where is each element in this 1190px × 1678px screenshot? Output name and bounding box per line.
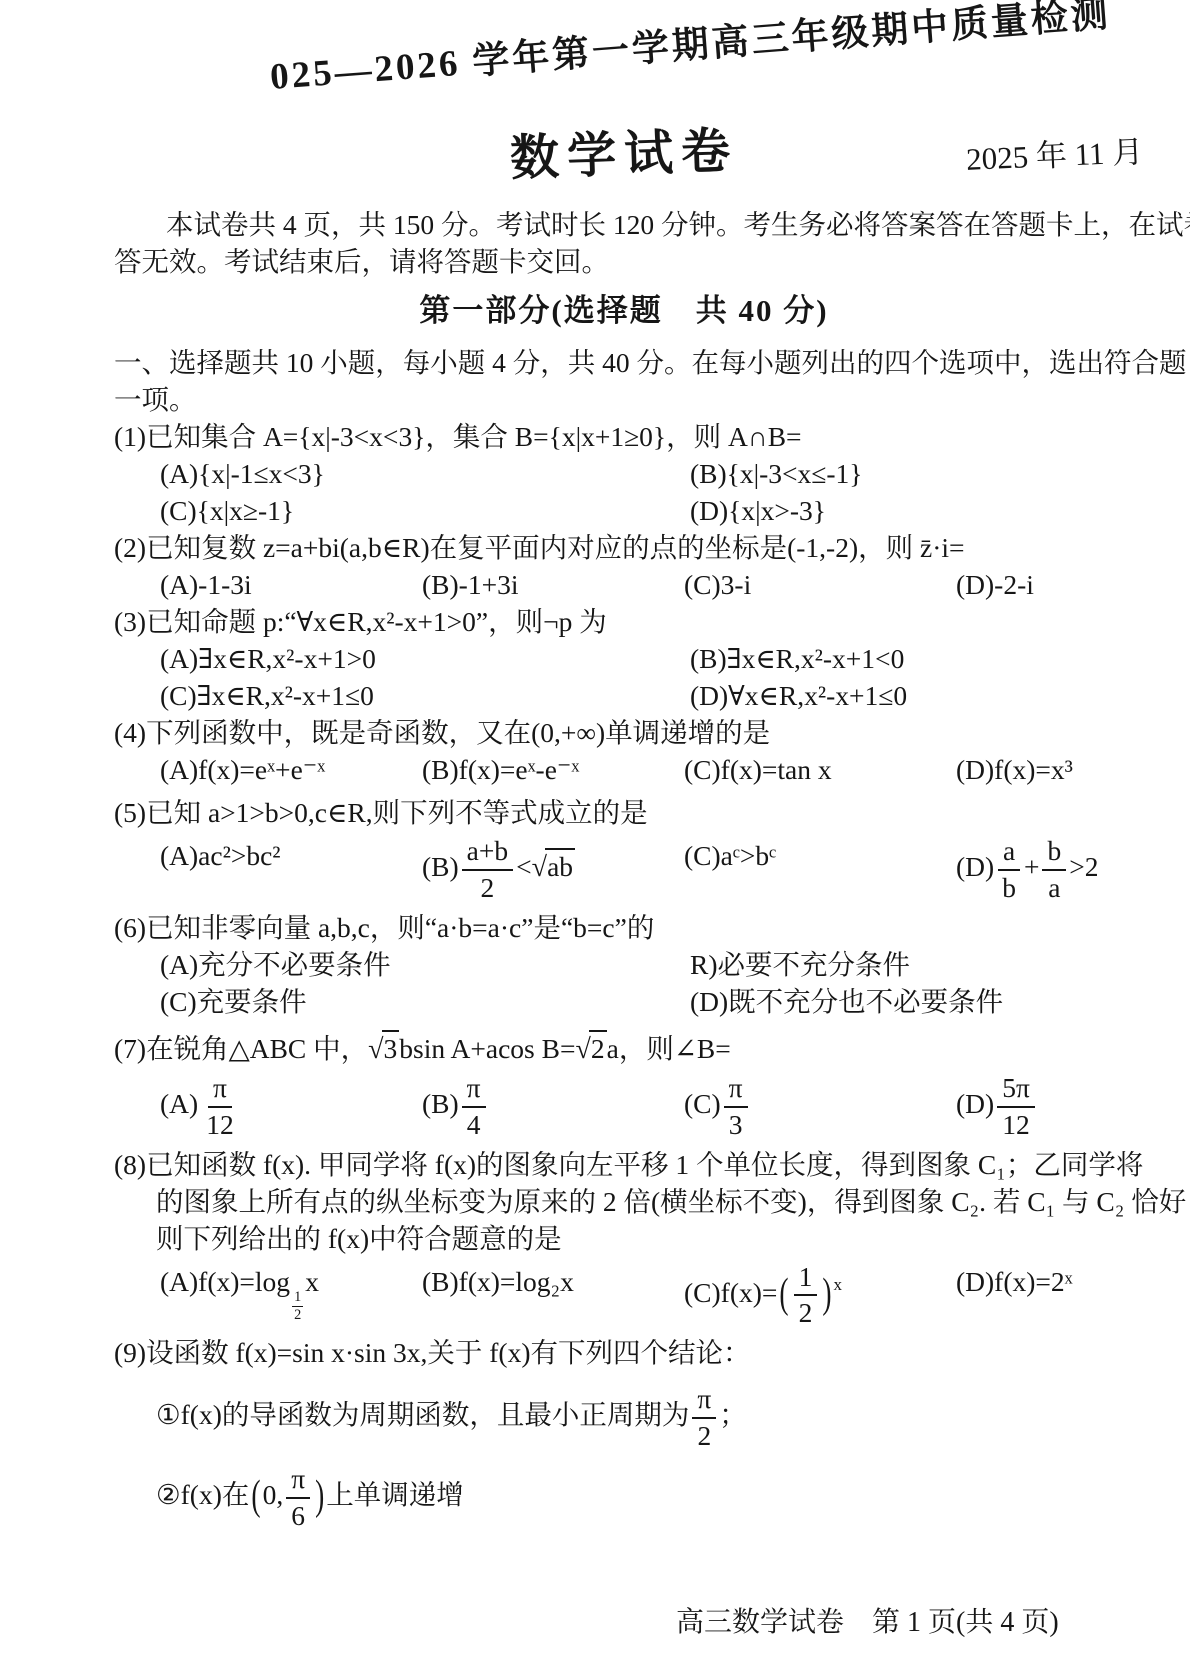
q8-option-d: (D)f(x)=2ˣ bbox=[956, 1263, 1174, 1329]
notice-line-2: 答无效。考试结束后，请将答题卡交回。 bbox=[114, 243, 1174, 280]
exam-date: 2025 年 11 月 bbox=[965, 126, 1144, 179]
q5-option-b-relation: < bbox=[516, 851, 532, 882]
q1-options-row-1: (A){x|-1≤x<3} (B){x|-3<x≤-1} bbox=[114, 455, 1174, 492]
fraction-numerator: 5π bbox=[997, 1074, 1035, 1108]
q3-option-a: (A)∃x∈R,x²-x+1>0 bbox=[160, 640, 690, 677]
q4-option-a: (A)f(x)=eˣ+e⁻ˣ bbox=[160, 751, 422, 788]
q9-conclusion-2-pre: ②f(x)在 bbox=[156, 1479, 249, 1510]
q1-stem: (1)已知集合 A={x|-3<x<3}，集合 B={x|x+1≥0}，则 A∩… bbox=[114, 418, 1174, 455]
q8-stem-line-3: 则下列给出的 f(x)中符合题意的是 bbox=[114, 1220, 1174, 1257]
q2-option-c: (C)3-i bbox=[684, 566, 956, 603]
q2-option-d: (D)-2-i bbox=[956, 566, 1174, 603]
q7-options-row: (A)π12 (B)π4 (C)π3 (D)5π12 bbox=[114, 1074, 1174, 1140]
q7-option-d: (D)5π12 bbox=[956, 1074, 1174, 1140]
q5-stem: (5)已知 a>1>b>0,c∈R,则下列不等式成立的是 bbox=[114, 794, 1174, 831]
q6-option-a: (A)充分不必要条件 bbox=[160, 946, 690, 983]
exam-paper-page: 025—2026 学年第一学期高三年级期中质量检测 数学试卷 2025 年 11… bbox=[0, 0, 1190, 1678]
part1-heading: 第一部分(选择题 共 40 分) bbox=[114, 288, 1134, 334]
fraction-numerator: 1 bbox=[794, 1263, 818, 1297]
q5-option-c: (C)aᶜ>bᶜ bbox=[684, 837, 956, 903]
exam-body: 本试卷共 4 页，共 150 分。考试时长 120 分钟。考生务必将答案答在答题… bbox=[114, 206, 1174, 1545]
q7-option-c: (C)π3 bbox=[684, 1074, 956, 1140]
q3-option-c: (C)∃x∈R,x²-x+1≤0 bbox=[160, 677, 690, 714]
fraction: ba bbox=[1042, 837, 1066, 903]
q8-options-row: (A)f(x)=log12x (B)f(x)=log₂x (C)f(x)=(12… bbox=[114, 1263, 1174, 1329]
fraction: π2 bbox=[692, 1385, 716, 1451]
footer-page-label: 高三数学试卷 第 1 页(共 4 页) bbox=[676, 1600, 1059, 1640]
section1-intro-line-2: 一项。 bbox=[114, 381, 1174, 418]
q4-option-d: (D)f(x)=x³ bbox=[956, 751, 1174, 788]
q5-option-b: (B)a+b2<√ab bbox=[422, 837, 684, 903]
fraction-numerator: 1 bbox=[292, 1290, 303, 1307]
square-root: √3 bbox=[368, 1033, 399, 1064]
q2-option-a: (A)-1-3i bbox=[160, 566, 422, 603]
q8-option-a: (A)f(x)=log12x bbox=[160, 1263, 422, 1329]
fraction: ab bbox=[997, 837, 1021, 903]
exam-subject-title: 数学试卷 bbox=[509, 112, 739, 190]
q8-option-c: (C)f(x)=(12)x bbox=[684, 1263, 956, 1329]
q2-options-row: (A)-1-3i (B)-1+3i (C)3-i (D)-2-i bbox=[114, 566, 1174, 603]
q4-options-row: (A)f(x)=eˣ+e⁻ˣ (B)f(x)=eˣ-e⁻ˣ (C)f(x)=ta… bbox=[114, 751, 1174, 788]
fraction-denominator: 3 bbox=[724, 1108, 748, 1140]
square-root: √2 bbox=[575, 1033, 606, 1064]
fraction-denominator: 2 bbox=[692, 1419, 716, 1451]
fraction-numerator: π bbox=[692, 1385, 716, 1419]
fraction: π6 bbox=[286, 1465, 310, 1531]
radicand: ab bbox=[545, 848, 575, 882]
fraction-numerator: π bbox=[208, 1074, 232, 1108]
q4-stem: (4)下列函数中，既是奇函数，又在(0,+∞)单调递增的是 bbox=[114, 714, 1174, 751]
close-paren: ) bbox=[315, 1466, 324, 1523]
fraction-denominator: 4 bbox=[462, 1108, 486, 1140]
subscript-fraction: 12 bbox=[292, 1290, 303, 1323]
q4-option-c: (C)f(x)=tan x bbox=[684, 751, 956, 788]
q6-option-c: (C)充要条件 bbox=[160, 983, 690, 1020]
fraction: π4 bbox=[462, 1074, 486, 1140]
fraction-denominator: 2 bbox=[476, 871, 500, 903]
q8-stem-line-2: 的图象上所有点的纵坐标变为原来的 2 倍(横坐标不变)，得到图象 C₂. 若 C… bbox=[114, 1183, 1174, 1220]
q5-option-a: (A)ac²>bc² bbox=[160, 837, 422, 903]
q1-option-c: (C){x|x≥-1} bbox=[160, 492, 690, 529]
open-paren: ( bbox=[251, 1466, 260, 1523]
q7-option-a: (A)π12 bbox=[160, 1074, 422, 1140]
fraction-denominator: 6 bbox=[286, 1499, 310, 1531]
q8-option-a-pre: (A)f(x)=log bbox=[160, 1266, 290, 1297]
q8-option-c-pre: (C)f(x)= bbox=[684, 1277, 777, 1308]
q9-conclusion-2-zero: 0, bbox=[263, 1479, 284, 1510]
q3-options-row-2: (C)∃x∈R,x²-x+1≤0 (D)∀x∈R,x²-x+1≤0 bbox=[114, 677, 1174, 714]
square-root: √ab bbox=[532, 851, 575, 882]
q4-option-b: (B)f(x)=eˣ-e⁻ˣ bbox=[422, 751, 684, 788]
fraction-numerator: π bbox=[286, 1465, 310, 1499]
q6-option-b: R)必要不充分条件 bbox=[690, 946, 1174, 983]
fraction-numerator: a bbox=[998, 837, 1020, 871]
q3-option-b: (B)∃x∈R,x²-x+1<0 bbox=[690, 640, 1174, 677]
open-paren: ( bbox=[779, 1264, 788, 1321]
fraction-denominator: 12 bbox=[201, 1108, 239, 1140]
q3-option-d: (D)∀x∈R,x²-x+1≤0 bbox=[690, 677, 1174, 714]
q9-stem: (9)设函数 f(x)=sin x·sin 3x,关于 f(x)有下列四个结论： bbox=[114, 1334, 1174, 1371]
fraction-numerator: a+b bbox=[462, 837, 513, 871]
q7-stem-mid: bsin A+acos B= bbox=[399, 1033, 575, 1064]
fraction: 12 bbox=[794, 1263, 818, 1329]
q7-option-b-label: (B) bbox=[422, 1088, 459, 1119]
fraction-numerator: b bbox=[1042, 837, 1066, 871]
q9-conclusion-1: ①f(x)的导函数为周期函数，且最小正周期为π2； bbox=[114, 1385, 1174, 1451]
fraction: π3 bbox=[724, 1074, 748, 1140]
q7-stem-post: a，则∠B= bbox=[607, 1033, 731, 1064]
fraction-denominator: 12 bbox=[997, 1108, 1035, 1140]
notice-line-1: 本试卷共 4 页，共 150 分。考试时长 120 分钟。考生务必将答案答在答题… bbox=[114, 206, 1174, 243]
fraction-denominator: 2 bbox=[292, 1307, 303, 1323]
fraction-denominator: 2 bbox=[794, 1296, 818, 1328]
q6-stem: (6)已知非零向量 a,b,c，则“a·b=a·c”是“b=c”的 bbox=[114, 909, 1174, 946]
q2-option-b: (B)-1+3i bbox=[422, 566, 684, 603]
fraction: 5π12 bbox=[997, 1074, 1035, 1140]
fraction-numerator: π bbox=[724, 1074, 748, 1108]
q5-options-row: (A)ac²>bc² (B)a+b2<√ab (C)aᶜ>bᶜ (D)ab+ba… bbox=[114, 837, 1174, 903]
q6-option-d: (D)既不充分也不必要条件 bbox=[690, 983, 1174, 1020]
q7-stem-pre: (7)在锐角△ABC 中， bbox=[114, 1033, 368, 1064]
q5-option-d-label: (D) bbox=[956, 851, 994, 882]
q2-stem: (2)已知复数 z=a+bi(a,b∈R)在复平面内对应的点的坐标是(-1,-2… bbox=[114, 529, 1174, 566]
q1-option-b: (B){x|-3<x≤-1} bbox=[690, 455, 1174, 492]
q5-option-d-tail: >2 bbox=[1069, 851, 1098, 882]
q7-option-a-label: (A) bbox=[160, 1088, 198, 1119]
q7-option-d-label: (D) bbox=[956, 1088, 994, 1119]
q9-conclusion-2: ②f(x)在(0,π6)上单调递增 bbox=[114, 1465, 1174, 1531]
radicand: 3 bbox=[382, 1030, 400, 1064]
fraction: π12 bbox=[201, 1074, 239, 1140]
exponent: x bbox=[833, 1275, 842, 1294]
q7-option-b: (B)π4 bbox=[422, 1074, 684, 1140]
q5-option-b-label: (B) bbox=[422, 851, 459, 882]
q5-option-d: (D)ab+ba>2 bbox=[956, 837, 1174, 903]
radicand: 2 bbox=[589, 1030, 607, 1064]
q9-conclusion-2-post: 上单调递增 bbox=[326, 1479, 464, 1510]
fraction-denominator: b bbox=[997, 871, 1021, 903]
fraction-denominator: a bbox=[1043, 871, 1065, 903]
q1-option-d: (D){x|x>-3} bbox=[690, 492, 1174, 529]
fraction-numerator: π bbox=[462, 1074, 486, 1108]
plus-sign: + bbox=[1024, 851, 1040, 882]
q7-stem: (7)在锐角△ABC 中，√3bsin A+acos B=√2a，则∠B= bbox=[114, 1030, 1174, 1068]
q3-options-row-1: (A)∃x∈R,x²-x+1>0 (B)∃x∈R,x²-x+1<0 bbox=[114, 640, 1174, 677]
fraction: a+b2 bbox=[462, 837, 513, 903]
exam-banner-title: 025—2026 学年第一学期高三年级期中质量检测 bbox=[268, 0, 1112, 100]
q1-options-row-2: (C){x|x≥-1} (D){x|x>-3} bbox=[114, 492, 1174, 529]
q6-options-row-1: (A)充分不必要条件 R)必要不充分条件 bbox=[114, 946, 1174, 983]
q7-option-c-label: (C) bbox=[684, 1088, 721, 1119]
close-paren: ) bbox=[822, 1264, 831, 1321]
section1-intro-line-1: 一、选择题共 10 小题，每小题 4 分，共 40 分。在每小题列出的四个选项中… bbox=[114, 344, 1174, 381]
q3-stem: (3)已知命题 p:“∀x∈R,x²-x+1>0”，则¬p 为 bbox=[114, 603, 1174, 640]
q1-option-a: (A){x|-1≤x<3} bbox=[160, 455, 690, 492]
q8-option-b: (B)f(x)=log₂x bbox=[422, 1263, 684, 1329]
q9-conclusion-1-text: ①f(x)的导函数为周期函数，且最小正周期为 bbox=[156, 1399, 689, 1430]
q9-conclusion-1-punct: ； bbox=[719, 1399, 747, 1430]
q8-stem-line-1: (8)已知函数 f(x). 甲同学将 f(x)的图象向左平移 1 个单位长度，得… bbox=[114, 1146, 1174, 1183]
q6-options-row-2: (C)充要条件 (D)既不充分也不必要条件 bbox=[114, 983, 1174, 1020]
q8-option-a-post: x bbox=[305, 1266, 319, 1297]
